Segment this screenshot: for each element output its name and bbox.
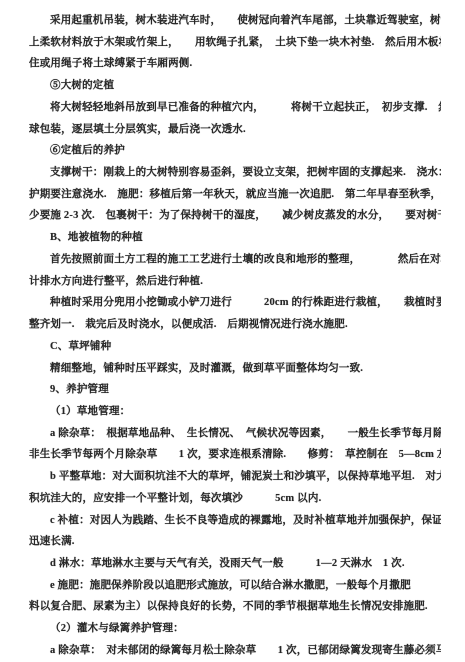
text-line: ⑥定植后的养护: [29, 140, 441, 162]
text-line: 积坑洼大的，应安排一个平整计划，每次填沙 5cm 以内.: [29, 488, 441, 510]
document-body: 采用起重机吊装，树木装进汽车时， 使树冠向着汽车尾部，土块靠近驾驶室，树干上包上…: [29, 10, 441, 662]
text-line: 料以复合肥、尿素为主）以保持良好的长势，不同的季节根据草地生长情况安排施肥.: [29, 596, 441, 618]
text-line: 精细整地，铺种时压平踩实，及时灌溉，做到草平面整体均匀一致.: [29, 358, 441, 380]
text-line: 上柔软材料放于木架或竹架上， 用软绳子扎紧， 土块下垫一块木衬垫. 然后用木板将…: [29, 32, 441, 54]
text-line: （1）草地管理：: [29, 401, 441, 423]
text-line: b 平整草地：对大面积坑洼不大的草坪，铺泥炭土和沙填平，以保持草地平坦. 对大面: [29, 466, 441, 488]
text-line: 少要施 2-3 次. 包裹树干：为了保持树干的湿度， 减少树皮蒸发的水分， 要对…: [29, 205, 441, 227]
text-line: 采用起重机吊装，树木装进汽车时， 使树冠向着汽车尾部，土块靠近驾驶室，树干上包: [29, 10, 441, 32]
text-line: 迅速长满.: [29, 531, 441, 553]
text-line: c 补植：对因人为践踏、生长不良等造成的裸露地，及时补植草地并加强保护，保证其: [29, 510, 441, 532]
text-line: 首先按照前面土方工程的施工工艺进行土壤的改良和地形的整理， 然后在对种植地按设: [29, 249, 441, 271]
text-line: （2）灌木与绿篱养护管理：: [29, 618, 441, 640]
text-line: B、地被植物的种植: [29, 227, 441, 249]
text-line: 整齐划一. 栽完后及时浇水，以便成活. 后期视情况进行浇水施肥.: [29, 314, 441, 336]
text-line: 非生长季节每两个月除杂草 1 次，要求连根系清除. 修剪： 草控制在 5—8cm…: [29, 444, 441, 466]
document-page: 采用起重机吊装，树木装进汽车时， 使树冠向着汽车尾部，土块靠近驾驶室，树干上包上…: [0, 0, 465, 662]
text-line: 将大树轻轻地斜吊放到早已准备的种植穴内， 将树干立起扶正， 初步支撑. 然后撤出…: [29, 97, 441, 119]
text-line: e 施肥：施肥保养阶段以追肥形式施放，可以结合淋水撒肥，一般每个月撒肥 1 次（…: [29, 575, 441, 597]
text-line: C、草坪铺种: [29, 336, 441, 358]
text-line: d 淋水：草地淋水主要与天气有关，没雨天气一般 1—2 天淋水 1 次.: [29, 553, 441, 575]
text-line: 计排水方向进行整平，然后进行种植.: [29, 271, 441, 293]
text-line: 支撑树干：刚栽上的大树特别容易歪斜，要设立支架，把树牢固的支撑起来. 浇水：养: [29, 162, 441, 184]
text-line: ⑤大树的定植: [29, 75, 441, 97]
text-line: a 除杂草： 对未郁闭的绿篱每月松土除杂草 1 次，已郁闭绿篱发现寄生藤必须马上…: [29, 640, 441, 662]
text-line: 住或用绳子将土球缚紧于车厢两侧.: [29, 53, 441, 75]
text-line: 球包装，逐层填土分层筑实，最后浇一次透水.: [29, 119, 441, 141]
text-line: 护期要注意浇水. 施肥：移植后第一年秋天，就应当施一次追肥. 第二年早春至秋季，…: [29, 184, 441, 206]
text-line: 种植时采用分兜用小挖锄或小铲刀进行 20cm 的行株距进行栽植， 栽植时要保证行…: [29, 292, 441, 314]
text-line: a 除杂草： 根据草地品种、 生长情况、 气候状况等因素， 一般生长季节每月除杂…: [29, 423, 441, 445]
text-line: 9、养护管理: [29, 379, 441, 401]
